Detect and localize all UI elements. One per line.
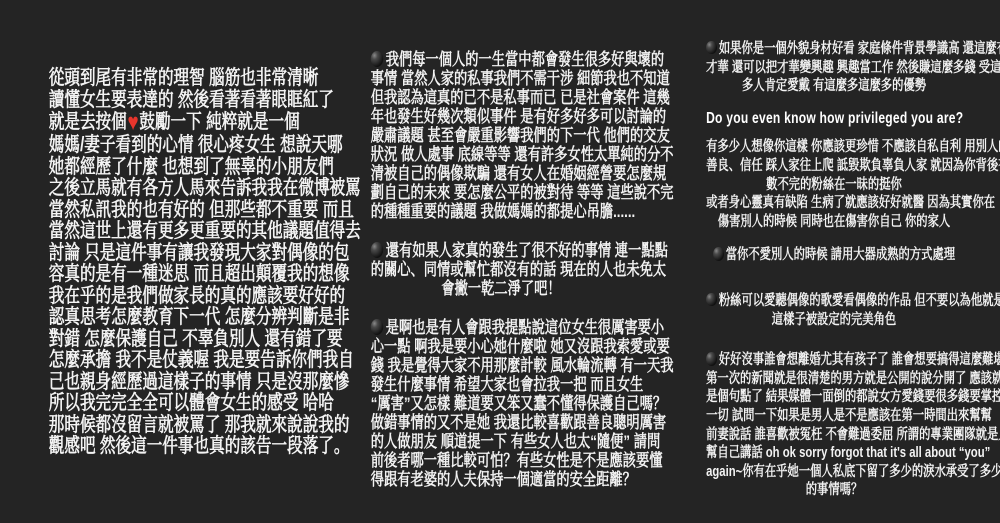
text-line: 的種種重要的議題 我做媽媽的都提心吊膽......	[371, 202, 632, 221]
text-line: 的人做朋友 順道提一下 有些女人也太“隨便” 請問	[371, 432, 632, 451]
text-line: 這樣子被設定的完美角色	[706, 311, 962, 330]
text-line: 錢 我是覺得大家不用那麼計較 風水輪流轉 有一天我	[371, 356, 632, 375]
text-line: 粉絲可以愛聽偶像的歌愛看偶像的作品 但不要以為他就是	[706, 292, 962, 311]
text-line: 狀況 做人處事 底線等等 還有許多女性太單純的分不	[371, 145, 632, 164]
text-line: 事情 當然人家的私事我們不需干涉 細節我也不知道	[371, 69, 632, 88]
text-line: 得跟有老婆的人夫保持一個適當的安全距離？	[371, 470, 632, 489]
text-line: 讀懂女生要表達的 然後看著看著眼眶紅了	[49, 90, 295, 112]
text-line: 善良、信任 踩人家往上爬 詆毀欺負辜負人家 就因為你背後有	[706, 157, 962, 176]
text-line: 媽媽/妻子看到的心情 很心疼女生 想說天哪	[49, 135, 295, 157]
moon-bullet-icon	[371, 319, 384, 335]
moon-bullet-icon	[706, 41, 717, 55]
text-line: 第一次的新聞就是很清楚的男方就是公開的說分開了 應該就	[706, 370, 962, 389]
text-line: 己也親身經歷過這樣子的事情 只是沒那麼慘	[49, 372, 295, 394]
text-line: 但我認為這真的已不是私事而已 已是社會案件 這幾	[371, 88, 632, 107]
text-line: 從頭到尾有非常的理智 腦筋也非常清晰	[49, 68, 295, 90]
moon-bullet-icon	[371, 242, 384, 258]
moon-bullet-icon	[706, 352, 717, 366]
text-line: 做錯事情的又不是她 我還比較喜歡跟善良聰明厲害	[371, 413, 632, 432]
text-line: 的關心、同情或幫忙都沒有的話 現在的人也未免太	[371, 260, 632, 279]
text-line: 討論 只是這件事有讓我發現大家對偶像的包	[49, 243, 295, 265]
text-line: 有多少人想像你這樣 你應該更珍惜 不應該自私自利 用別人的	[706, 138, 962, 157]
paragraph: 還有如果人家真的發生了很不好的事情 連一點點的關心、同情或幫忙都沒有的話 現在的…	[334, 241, 668, 298]
text-line: 當然私訊我的也有好的 但那些都不重要 而且	[49, 200, 295, 222]
paragraph: 我們每一個人的一生當中都會發生很多好與壞的事情 當然人家的私事我們不需干涉 細節…	[334, 50, 668, 221]
text-line: 傷害別人的時候 同時也在傷害你自己 你的家人	[706, 213, 962, 232]
heart-icon: ♥	[127, 109, 140, 136]
text-line: 是個句點了 結果媒體一面倒的都說女方愛錢要很多錢要掌控	[706, 388, 962, 407]
text-line: 好好沒事誰會想離婚尤其有孩子了 誰會想要搞得這麼難堪	[706, 351, 962, 370]
paragraph: 如果你是一個外貌身材好看 家庭條件背景學識高 還這麼有才華 還可以把才華變興趣 …	[670, 40, 998, 96]
paragraph: 是啊也是有人會跟我提點說這位女生很厲害要小心一點 啊我是要小心她什麼啦 她又沒跟…	[334, 318, 668, 489]
moon-bullet-icon	[706, 293, 717, 307]
text-line: 的事情嗎？	[706, 481, 962, 500]
text-line: 幫自己講話 oh ok sorry forgot that it's all a…	[706, 444, 962, 463]
paragraph: 當你不愛別人的時候 請用大器成熟的方式處理	[670, 246, 998, 265]
paragraph: Do you even know how privileged you are?	[670, 110, 998, 129]
text-line: “厲害”又怎樣 難道要又笨又蠢不懂得保護自己嗎？	[371, 394, 632, 413]
text-line: 或者身心靈真有缺陷 生病了就應該好好就醫 因為其實你在	[706, 194, 962, 213]
text-line: 數不完的粉絲在一昧的挺你	[706, 176, 962, 195]
text-line: Do you even know how privileged you are?	[706, 110, 962, 129]
paragraph: 粉絲可以愛聽偶像的歌愛看偶像的作品 但不要以為他就是這樣子被設定的完美角色	[670, 292, 998, 329]
paragraph: 從頭到尾有非常的理智 腦筋也非常清晰讀懂女生要表達的 然後看著看著眼眶紅了就是去…	[14, 68, 330, 458]
moon-bullet-icon	[713, 247, 724, 261]
column-left: 從頭到尾有非常的理智 腦筋也非常清晰讀懂女生要表達的 然後看著看著眼眶紅了就是去…	[14, 68, 330, 458]
text-line: 發生什麼事情 希望大家也會拉我一把 而且女生	[371, 375, 632, 394]
paragraph: 有多少人想像你這樣 你應該更珍惜 不應該自私自利 用別人的善良、信任 踩人家往上…	[670, 138, 998, 231]
paragraph: 好好沒事誰會想離婚尤其有孩子了 誰會想要搞得這麼難堪第一次的新聞就是很清楚的男方…	[670, 351, 998, 500]
text-line: 那時候都沒留言就被罵了 那我就來說說我的	[49, 415, 295, 437]
text-line: 就是去按個♥鼓勵一下 純粹就是一個	[49, 111, 295, 135]
text-line: 如果你是一個外貌身材好看 家庭條件背景學識高 還這麼有	[706, 40, 962, 59]
story-text-collage: 從頭到尾有非常的理智 腦筋也非常清晰讀懂女生要表達的 然後看著看著眼眶紅了就是去…	[0, 0, 1000, 523]
text-line: again~你有在乎她一個人私底下留了多少的淚水承受了多少	[706, 463, 962, 482]
text-line: 還有如果人家真的發生了很不好的事情 連一點點	[371, 241, 632, 260]
text-line: 所以我完完全全可以體會女生的感受 哈哈	[49, 393, 295, 415]
moon-bullet-icon	[371, 51, 384, 67]
column-right: 如果你是一個外貌身材好看 家庭條件背景學識高 還這麼有才華 還可以把才華變興趣 …	[670, 40, 998, 500]
text-line: 當你不愛別人的時候 請用大器成熟的方式處理	[706, 246, 962, 265]
column-middle: 我們每一個人的一生當中都會發生很多好與壞的事情 當然人家的私事我們不需干涉 細節…	[334, 50, 668, 489]
text-line: 前妻說話 誰喜歡被冤枉 不會難過委屈 所謂的專業團隊就是只	[706, 426, 962, 445]
text-line: 才華 還可以把才華變興趣 興趣當工作 然後賺這麼多錢 受這麼	[706, 59, 962, 78]
text-line: 容真的是有一種迷思 而且超出顛覆我的想像	[49, 264, 295, 286]
text-line: 心一點 啊我是要小心她什麼啦 她又沒跟我索愛或要	[371, 337, 632, 356]
text-line: 觀感吧 然後這一件事也真的該告一段落了。	[49, 436, 295, 458]
text-line: 我們每一個人的一生當中都會發生很多好與壞的	[371, 50, 632, 69]
text-line: 一切 試問一下如果是男人是不是應該在第一時間出來幫幫	[706, 407, 962, 426]
text-line: 清被自己的偶像欺騙 還有女人在婚姻經營要怎麼規	[371, 164, 632, 183]
text-line: 認真思考怎麼教育下一代 怎麼分辨判斷是非	[49, 307, 295, 329]
text-line: 她都經歷了什麼 也想到了無辜的小朋友們	[49, 157, 295, 179]
text-line: 多人肯定愛戴 有這麼多這麼多的優勢	[706, 77, 962, 96]
text-line: 當然這世上還有更多更重要的其他議題值得去	[49, 221, 295, 243]
text-line: 怎麼承擔 我不是仗義喔 我是要告訴你們我自	[49, 350, 295, 372]
text-line: 嚴肅議題 甚至會嚴重影響我們的下一代 他們的交友	[371, 126, 632, 145]
text-line: 之後立馬就有各方人馬來告訴我我在微博被罵	[49, 178, 295, 200]
text-line: 劃自己的未來 要怎麼公平的被對待 等等 這些說不完	[371, 183, 632, 202]
text-line: 是啊也是有人會跟我提點說這位女生很厲害要小	[371, 318, 632, 337]
text-line: 前後者哪一種比較可怕？有些女性是不是應該要懂	[371, 451, 632, 470]
text-line: 對錯 怎麼保護自己 不辜負別人 還有錯了要	[49, 329, 295, 351]
text-line: 會撇一乾二淨了吧！	[371, 279, 632, 298]
text-line: 我在乎的是我們做家長的真的應該要好好的	[49, 286, 295, 308]
text-line: 年也發生好幾次類似事件 是有好多好多可以討論的	[371, 107, 632, 126]
